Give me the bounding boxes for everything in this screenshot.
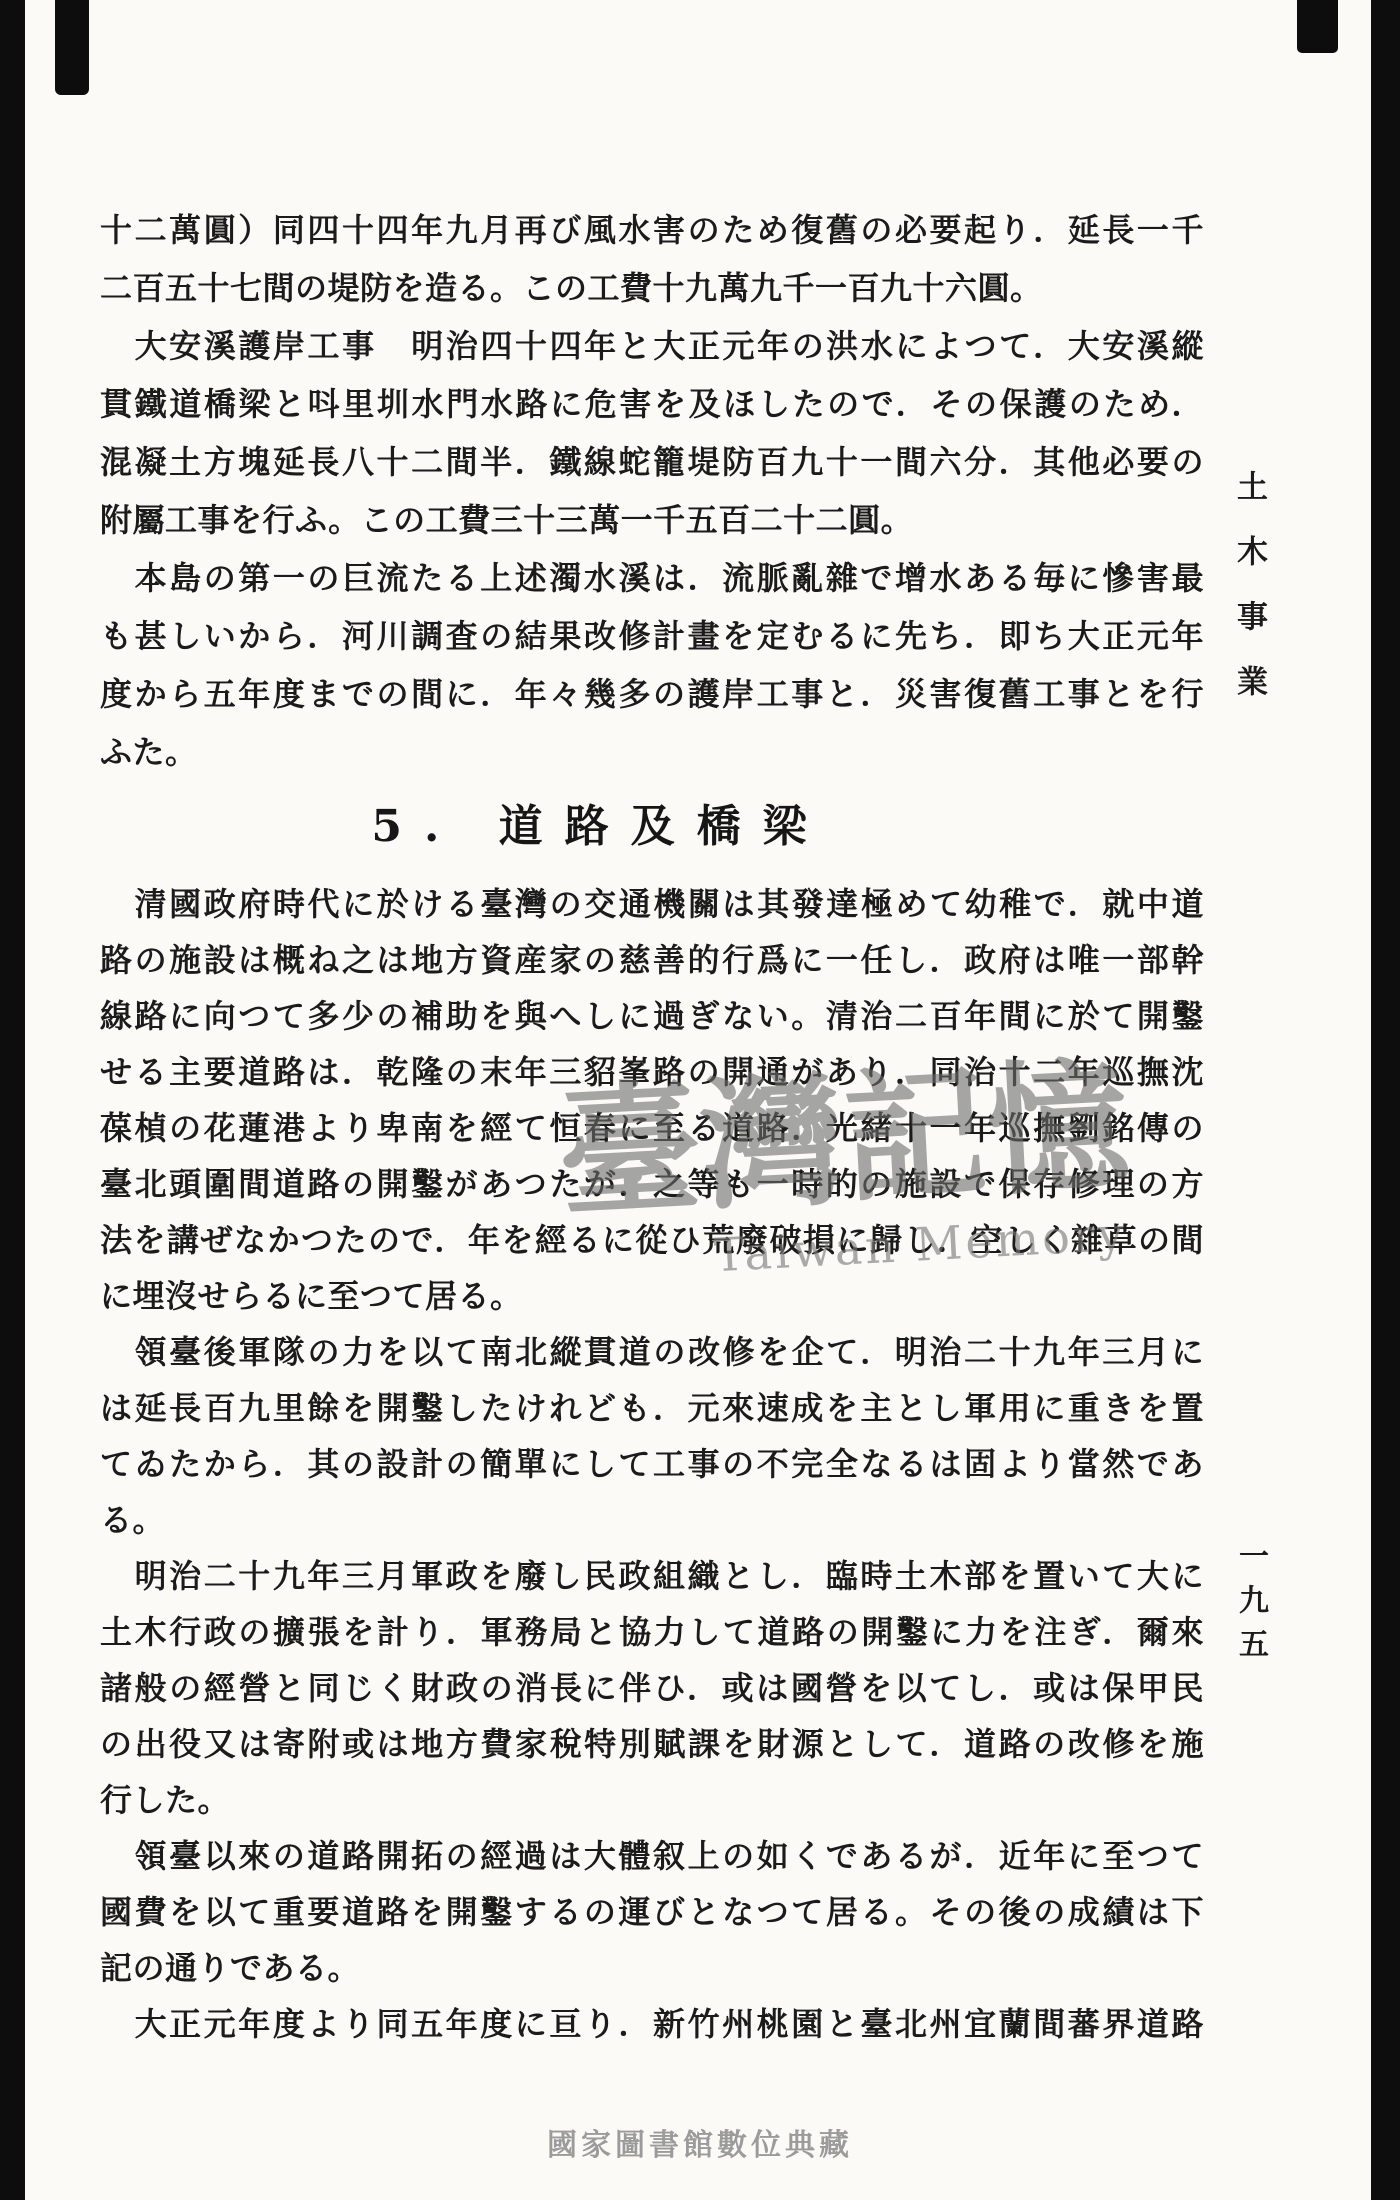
text-line: 國費を以て重要道路を開鑿するの運びとなつて居る。その後の成績は下 (100, 1890, 1204, 1934)
scan-mark-top-right (1297, 0, 1338, 53)
text-line: 大安溪護岸工事 明治四十四年と大正元年の洪水によつて．大安溪縱 (100, 324, 1204, 368)
text-line: 行した。 (100, 1778, 1204, 1822)
text-line: の出役又は寄附或は地方費家稅特別賦課を財源として．道路の改修を施 (100, 1722, 1204, 1766)
text-line: 線路に向つて多少の補助を與へしに過ぎない。清治二百年間に於て開鑿 (100, 994, 1204, 1038)
text-line: 混凝土方塊延長八十二間半．鐵線蛇籠堤防百九十一間六分．其他必要の (100, 440, 1204, 484)
text-line: 臺北頭圍間道路の開鑿があつたが．之等も一時的の施設で保存修理の方 (100, 1162, 1204, 1206)
scan-edge-left-bar (0, 0, 25, 2200)
text-line: 路の施設は概ね之は地方資産家の慈善的行爲に一任し．政府は唯一部幹 (100, 938, 1204, 982)
text-line: てゐたから．其の設計の簡單にして工事の不完全なるは固より當然であ (100, 1442, 1204, 1486)
text-line: る。 (100, 1498, 1204, 1542)
text-line: 貫鐵道橋梁と呌里圳水門水路に危害を及ほしたので．その保護のため． (100, 382, 1204, 426)
section-heading: 5. 道路及橋梁 (100, 790, 1100, 854)
text-line: 二百五十七間の堤防を造る。この工費十九萬九千一百九十六圓。 (100, 266, 1204, 310)
scanned-book-page: 十二萬圓）同四十四年九月再び風水害のため復舊の必要起り．延長一千 二百五十七間の… (0, 0, 1400, 2200)
scan-edge-right-bar (1371, 0, 1400, 2200)
text-line: 葆楨の花蓮港より卑南を經て恒春に至る道路．光緒十一年巡撫劉銘傳の (100, 1106, 1204, 1150)
text-line: 領臺後軍隊の力を以て南北縱貫道の改修を企て．明治二十九年三月に (100, 1330, 1204, 1374)
text-line: 十二萬圓）同四十四年九月再び風水害のため復舊の必要起り．延長一千 (100, 208, 1204, 252)
text-line: も甚しいから．河川調査の結果改修計畫を定むるに先ち．即ち大正元年 (100, 614, 1204, 658)
margin-chapter-label: 土木事業 (1227, 470, 1272, 730)
text-line: は延長百九里餘を開鑿したけれども．元來速成を主とし軍用に重きを置 (100, 1386, 1204, 1430)
page-number-vertical: 一九五 (1228, 1540, 1272, 1672)
text-line: せる主要道路は．乾隆の末年三貂峯路の開通があり．同治十二年巡撫沈 (100, 1050, 1204, 1094)
text-line: 大正元年度より同五年度に亘り．新竹州桃園と臺北州宜蘭間蕃界道路 (100, 2002, 1204, 2046)
text-line: 記の通りである。 (100, 1946, 1204, 1990)
text-line: 領臺以來の道路開拓の經過は大體叙上の如くであるが．近年に至つて (100, 1834, 1204, 1878)
text-line: 本島の第一の巨流たる上述濁水溪は．流脈亂雜で增水ある毎に慘害最 (100, 556, 1204, 600)
text-line: 附屬工事を行ふ。この工費三十三萬一千五百二十二圓。 (100, 498, 1204, 542)
text-line: 諸般の經營と同じく財政の消長に伴ひ．或は國營を以てし．或は保甲民 (100, 1666, 1204, 1710)
scan-mark-top-left (55, 0, 89, 95)
text-line: 明治二十九年三月軍政を廢し民政組織とし．臨時土木部を置いて大に (100, 1554, 1204, 1598)
text-line: ふた。 (100, 730, 1204, 774)
text-line: 度から五年度までの間に．年々幾多の護岸工事と．災害復舊工事とを行 (100, 672, 1204, 716)
text-line: 清國政府時代に於ける臺灣の交通機關は其發達極めて幼稚で．就中道 (100, 882, 1204, 926)
footer-library-stamp: 國家圖書館數位典藏 (100, 2120, 1300, 2164)
text-line: 法を講ぜなかつたので．年を經るに從ひ荒廢破損に歸し．空しく雜草の間 (100, 1218, 1204, 1262)
text-line: に埋沒せらるに至つて居る。 (100, 1274, 1204, 1318)
text-line: 土木行政の擴張を計り．軍務局と協力して道路の開鑿に力を注ぎ．爾來 (100, 1610, 1204, 1654)
